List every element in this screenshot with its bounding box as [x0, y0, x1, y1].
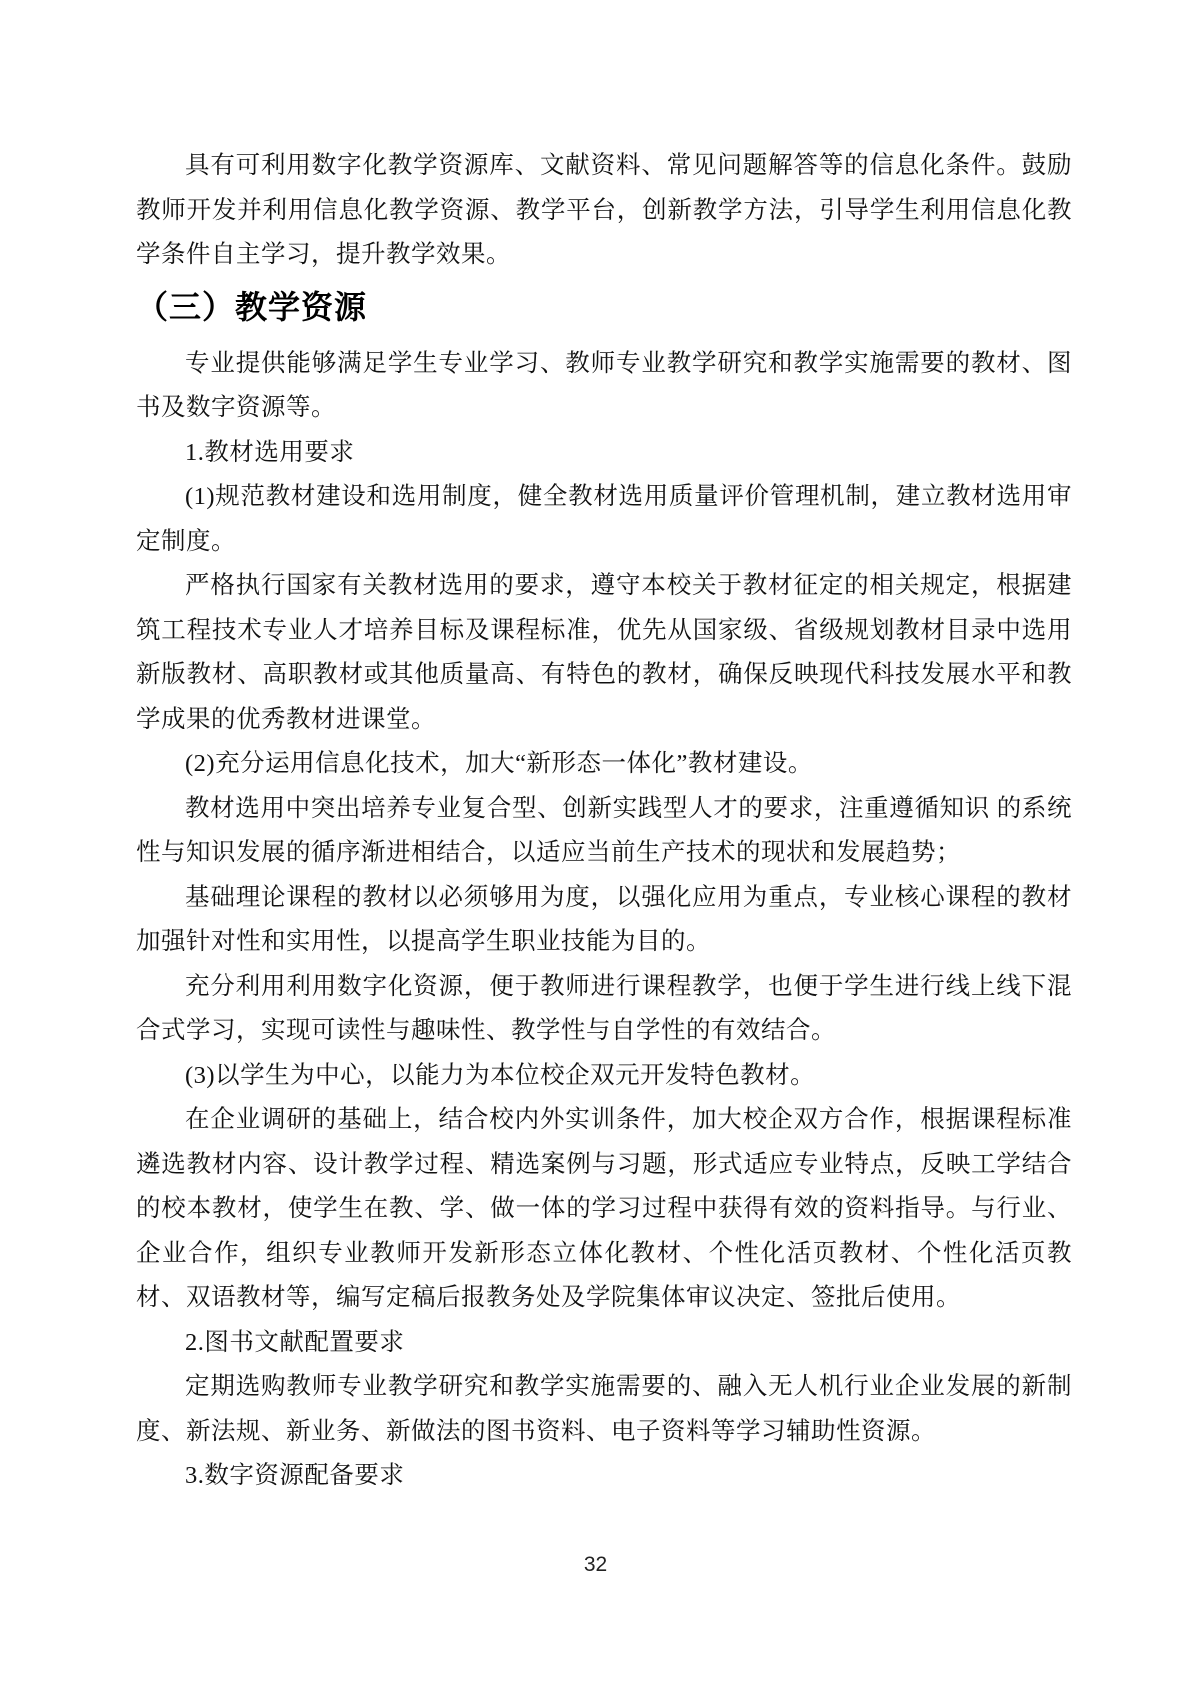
list-item-2-library-documents: 2.图书文献配置要求: [136, 1321, 1072, 1366]
list-item-1-textbook-selection: 1.教材选用要求: [136, 431, 1072, 476]
list-item-3-digital-resources: 3.数字资源配备要求: [136, 1454, 1072, 1499]
paragraph-enterprise-research: 在企业调研的基础上，结合校内外实训条件，加大校企双方合作，根据课程标准遴选教材内…: [136, 1098, 1072, 1321]
document-page: 具有可利用数字化教学资源库、文献资料、常见问题解答等的信息化条件。鼓励教师开发并…: [0, 0, 1191, 1684]
paragraph-1-2-informatization: (2)充分运用信息化技术，加大“新形态一体化”教材建设。: [136, 742, 1072, 787]
section-heading-teaching-resources: （三）教学资源: [136, 280, 1072, 334]
paragraph-info-conditions: 具有可利用数字化教学资源库、文献资料、常见问题解答等的信息化条件。鼓励教师开发并…: [136, 144, 1072, 278]
page-content: 具有可利用数字化教学资源库、文献资料、常见问题解答等的信息化条件。鼓励教师开发并…: [136, 144, 1072, 1499]
paragraph-resources-intro: 专业提供能够满足学生专业学习、教师专业教学研究和教学实施需要的教材、图书及数字资…: [136, 342, 1072, 431]
paragraph-1-3-student-centered: (3)以学生为中心，以能力为本位校企双元开发特色教材。: [136, 1054, 1072, 1099]
page-number: 32: [0, 1552, 1191, 1578]
paragraph-1-1-system: (1)规范教材建设和选用制度，健全教材选用质量评价管理机制，建立教材选用审定制度…: [136, 475, 1072, 564]
paragraph-basic-theory: 基础理论课程的教材以必须够用为度，以强化应用为重点，专业核心课程的教材加强针对性…: [136, 876, 1072, 965]
paragraph-selection-focus: 教材选用中突出培养专业复合型、创新实践型人才的要求，注重遵循知识 的系统性与知识…: [136, 787, 1072, 876]
paragraph-strict-execution: 严格执行国家有关教材选用的要求，遵守本校关于教材征定的相关规定，根据建筑工程技术…: [136, 564, 1072, 742]
paragraph-periodic-purchase: 定期选购教师专业教学研究和教学实施需要的、融入无人机行业企业发展的新制度、新法规…: [136, 1365, 1072, 1454]
paragraph-digital-resources-use: 充分利用利用数字化资源，便于教师进行课程教学，也便于学生进行线上线下混合式学习，…: [136, 965, 1072, 1054]
